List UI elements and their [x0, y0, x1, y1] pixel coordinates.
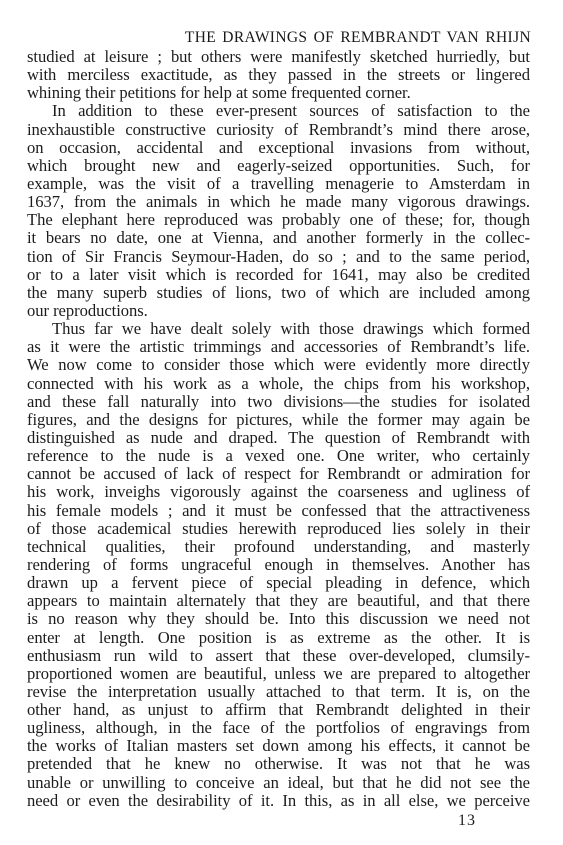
text-line: inexhaustible constructive curiosity of …	[27, 121, 530, 139]
text-line: which brought new and eagerly-seized opp…	[27, 157, 530, 175]
text-line: tion of Sir Francis Seymour-Haden, do so…	[27, 248, 530, 266]
text-line: of those academical studies herewith rep…	[27, 520, 530, 538]
paragraph-2: In addition to these ever-present source…	[27, 102, 530, 320]
body-text: studied at leisure ; but others were man…	[27, 48, 530, 810]
text-line: connected with his work as a whole, the …	[27, 375, 530, 393]
paragraph-3: Thus far we have dealt solely with those…	[27, 320, 530, 810]
text-line: 1637, from the animals in which he made …	[27, 193, 530, 211]
text-line: pretended that he knew no otherwise. It …	[27, 755, 530, 773]
running-head: THE DRAWINGS OF REMBRANDT VAN RHIJN	[135, 29, 531, 47]
text-line: example, was the visit of a travelling m…	[27, 175, 530, 193]
text-line: The elephant here reproduced was probabl…	[27, 211, 530, 229]
page-number: 13	[458, 812, 476, 830]
text-line: with merciless exactitude, as they passe…	[27, 66, 530, 84]
text-line: and these fall naturally into two divisi…	[27, 393, 530, 411]
text-line: distinguished as nude and draped. The qu…	[27, 429, 530, 447]
text-line: our reproductions.	[27, 302, 530, 320]
text-line: it bears no date, one at Vienna, and ano…	[27, 229, 530, 247]
book-page: THE DRAWINGS OF REMBRANDT VAN RHIJN stud…	[0, 0, 563, 845]
text-line: or to a later visit which is recorded fo…	[27, 266, 530, 284]
text-line: his work, inveighs vigorously against th…	[27, 483, 530, 501]
text-line: on occasion, accidental and exceptional …	[27, 139, 530, 157]
text-line: reference to the nude is a vexed one. On…	[27, 447, 530, 465]
text-line: whining their petitions for help at some…	[27, 84, 530, 102]
text-line: ugliness, although, in the face of the p…	[27, 719, 530, 737]
text-line: as it were the artistic trimmings and ac…	[27, 338, 530, 356]
text-line: technical qualities, their profound unde…	[27, 538, 530, 556]
text-line: figures, and the designs for pictures, w…	[27, 411, 530, 429]
paragraph-1: studied at leisure ; but others were man…	[27, 48, 530, 102]
text-line: enter at length. One position is as extr…	[27, 629, 530, 647]
text-line: rendering of forms ungraceful enough in …	[27, 556, 530, 574]
text-line: appears to maintain alternately that the…	[27, 592, 530, 610]
text-line: cannot be accused of lack of respect for…	[27, 465, 530, 483]
text-line: studied at leisure ; but others were man…	[27, 48, 530, 66]
text-line: enthusiasm run wild to assert that these…	[27, 647, 530, 665]
text-line: his female models ; and it must be confe…	[27, 502, 530, 520]
text-line: unable or unwilling to conceive an ideal…	[27, 774, 530, 792]
text-line: Thus far we have dealt solely with those…	[27, 320, 530, 338]
text-line: revise the interpretation usually attach…	[27, 683, 530, 701]
text-line: is no reason why they should be. Into th…	[27, 610, 530, 628]
text-line: drawn up a fervent piece of special plea…	[27, 574, 530, 592]
text-line: the many superb studies of lions, two of…	[27, 284, 530, 302]
text-line: proportioned women are beautiful, unless…	[27, 665, 530, 683]
text-line: the works of Italian masters set down am…	[27, 737, 530, 755]
text-line: In addition to these ever-present source…	[27, 102, 530, 120]
text-line: We now come to consider those which were…	[27, 356, 530, 374]
text-line: other hand, as unjust to affirm that Rem…	[27, 701, 530, 719]
text-line: need or even the desirability of it. In …	[27, 792, 530, 810]
